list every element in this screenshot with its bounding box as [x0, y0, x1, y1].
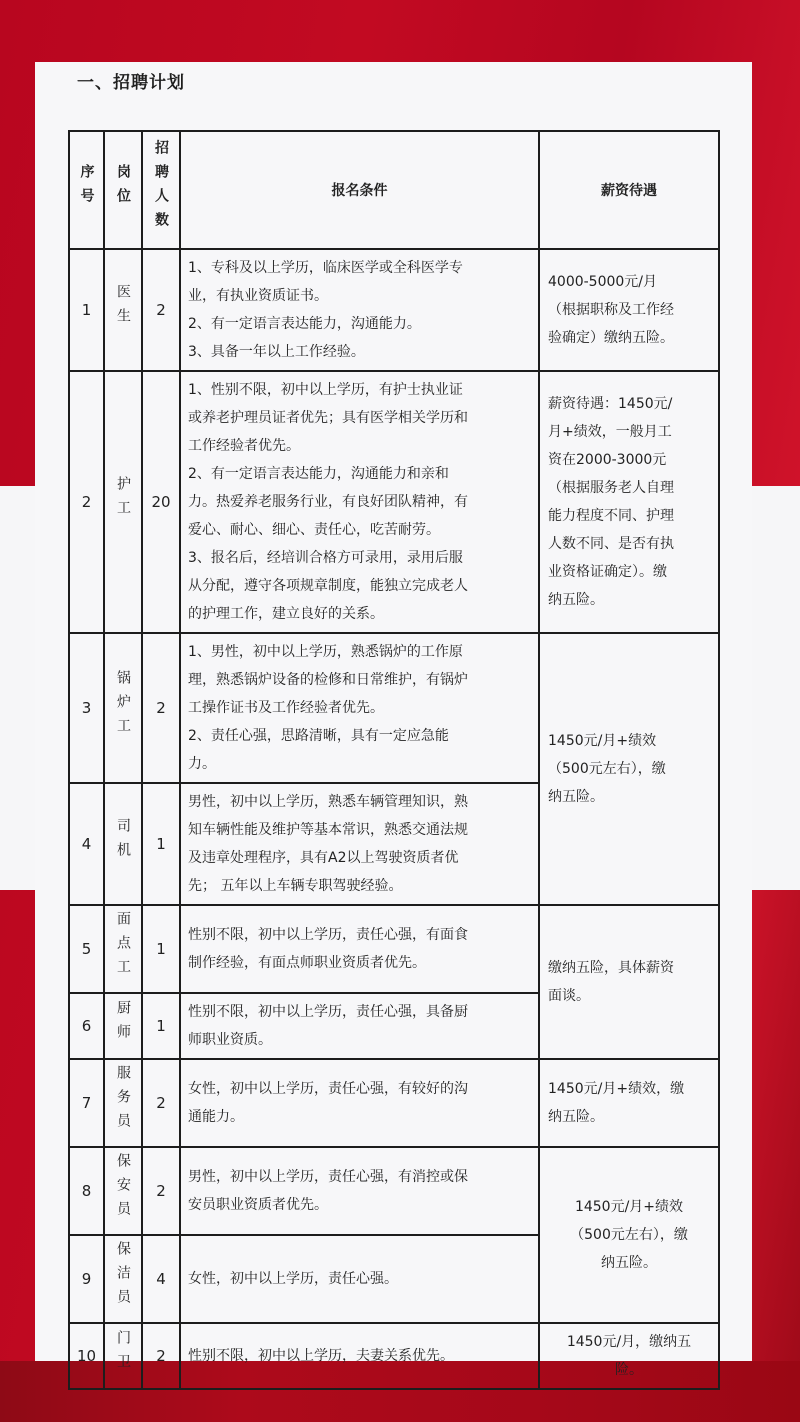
cell-requirements: 性别不限，初中以上学历，夫妻关系优先。	[180, 1323, 539, 1389]
cell-count: 2	[142, 1147, 180, 1235]
cell-salary: 4000-5000元/月（根据职称及工作经验确定）缴纳五险。	[539, 249, 719, 371]
table-row: 10门卫2性别不限，初中以上学历，夫妻关系优先。1450元/月，缴纳五险。	[69, 1323, 719, 1389]
cell-requirements: 性别不限，初中以上学历，责任心强，具备厨师职业资质。	[180, 993, 539, 1059]
table-row: 3锅炉工21、男性，初中以上学历，熟悉锅炉的工作原理，熟悉锅炉设备的检修和日常维…	[69, 633, 719, 783]
header-count: 招聘人数	[142, 131, 180, 249]
cell-position: 医生	[104, 249, 142, 371]
table-row: 2护工201、性别不限，初中以上学历，有护士执业证或养老护理员证者优先；具有医学…	[69, 371, 719, 633]
cell-no: 1	[69, 249, 104, 371]
header-no: 序号	[69, 131, 104, 249]
cell-no: 7	[69, 1059, 104, 1147]
cell-no: 6	[69, 993, 104, 1059]
cell-no: 3	[69, 633, 104, 783]
table-row: 8保安员2男性，初中以上学历，责任心强，有消控或保安员职业资质者优先。1450元…	[69, 1147, 719, 1235]
header-salary: 薪资待遇	[539, 131, 719, 249]
cell-position: 锅炉工	[104, 633, 142, 783]
cell-requirements: 性别不限，初中以上学历，责任心强，有面食制作经验，有面点师职业资质者优先。	[180, 905, 539, 993]
cell-salary: 1450元/月+绩效（500元左右），缴纳五险。	[539, 633, 719, 905]
cell-no: 8	[69, 1147, 104, 1235]
cell-no: 10	[69, 1323, 104, 1389]
cell-count: 4	[142, 1235, 180, 1323]
header-requirements: 报名条件	[180, 131, 539, 249]
cell-requirements: 男性，初中以上学历，熟悉车辆管理知识，熟知车辆性能及维护等基本常识，熟悉交通法规…	[180, 783, 539, 905]
cell-salary: 1450元/月，缴纳五险。	[539, 1323, 719, 1389]
cell-position: 保洁员	[104, 1235, 142, 1323]
cell-requirements: 1、性别不限，初中以上学历，有护士执业证或养老护理员证者优先；具有医学相关学历和…	[180, 371, 539, 633]
cell-no: 2	[69, 371, 104, 633]
cell-no: 9	[69, 1235, 104, 1323]
table-header-row: 序号 岗位 招聘人数 报名条件 薪资待遇	[69, 131, 719, 249]
cell-position: 面点工	[104, 905, 142, 993]
table-row: 1医生21、专科及以上学历，临床医学或全科医学专业，有执业资质证书。2、有一定语…	[69, 249, 719, 371]
cell-count: 2	[142, 633, 180, 783]
table-row: 7服务员2女性，初中以上学历，责任心强，有较好的沟通能力。1450元/月+绩效，…	[69, 1059, 719, 1147]
cell-no: 5	[69, 905, 104, 993]
cell-count: 20	[142, 371, 180, 633]
cell-requirements: 1、男性，初中以上学历，熟悉锅炉的工作原理，熟悉锅炉设备的检修和日常维护，有锅炉…	[180, 633, 539, 783]
cell-position: 司机	[104, 783, 142, 905]
header-position: 岗位	[104, 131, 142, 249]
cell-salary: 缴纳五险，具体薪资面谈。	[539, 905, 719, 1059]
cell-requirements: 1、专科及以上学历，临床医学或全科医学专业，有执业资质证书。2、有一定语言表达能…	[180, 249, 539, 371]
cell-position: 服务员	[104, 1059, 142, 1147]
cell-count: 1	[142, 783, 180, 905]
cell-count: 1	[142, 905, 180, 993]
cell-count: 2	[142, 249, 180, 371]
cell-requirements: 女性，初中以上学历，责任心强。	[180, 1235, 539, 1323]
cell-salary: 1450元/月+绩效（500元左右），缴纳五险。	[539, 1147, 719, 1323]
cell-count: 1	[142, 993, 180, 1059]
document-card: 一、招聘计划 序号 岗位 招聘人数 报名条件 薪资待遇 1医生21、专科及以上学…	[35, 62, 752, 1361]
cell-requirements: 女性，初中以上学历，责任心强，有较好的沟通能力。	[180, 1059, 539, 1147]
cell-salary: 薪资待遇：1450元/月+绩效，一般月工资在2000-3000元（根据服务老人自…	[539, 371, 719, 633]
table-row: 5面点工1性别不限，初中以上学历，责任心强，有面食制作经验，有面点师职业资质者优…	[69, 905, 719, 993]
cell-salary: 1450元/月+绩效，缴纳五险。	[539, 1059, 719, 1147]
cell-count: 2	[142, 1323, 180, 1389]
section-title: 一、招聘计划	[77, 68, 185, 93]
recruitment-plan-table: 序号 岗位 招聘人数 报名条件 薪资待遇 1医生21、专科及以上学历，临床医学或…	[68, 130, 720, 1390]
cell-position: 护工	[104, 371, 142, 633]
cell-no: 4	[69, 783, 104, 905]
cell-position: 保安员	[104, 1147, 142, 1235]
cell-position: 门卫	[104, 1323, 142, 1389]
cell-count: 2	[142, 1059, 180, 1147]
cell-requirements: 男性，初中以上学历，责任心强，有消控或保安员职业资质者优先。	[180, 1147, 539, 1235]
cell-position: 厨师	[104, 993, 142, 1059]
